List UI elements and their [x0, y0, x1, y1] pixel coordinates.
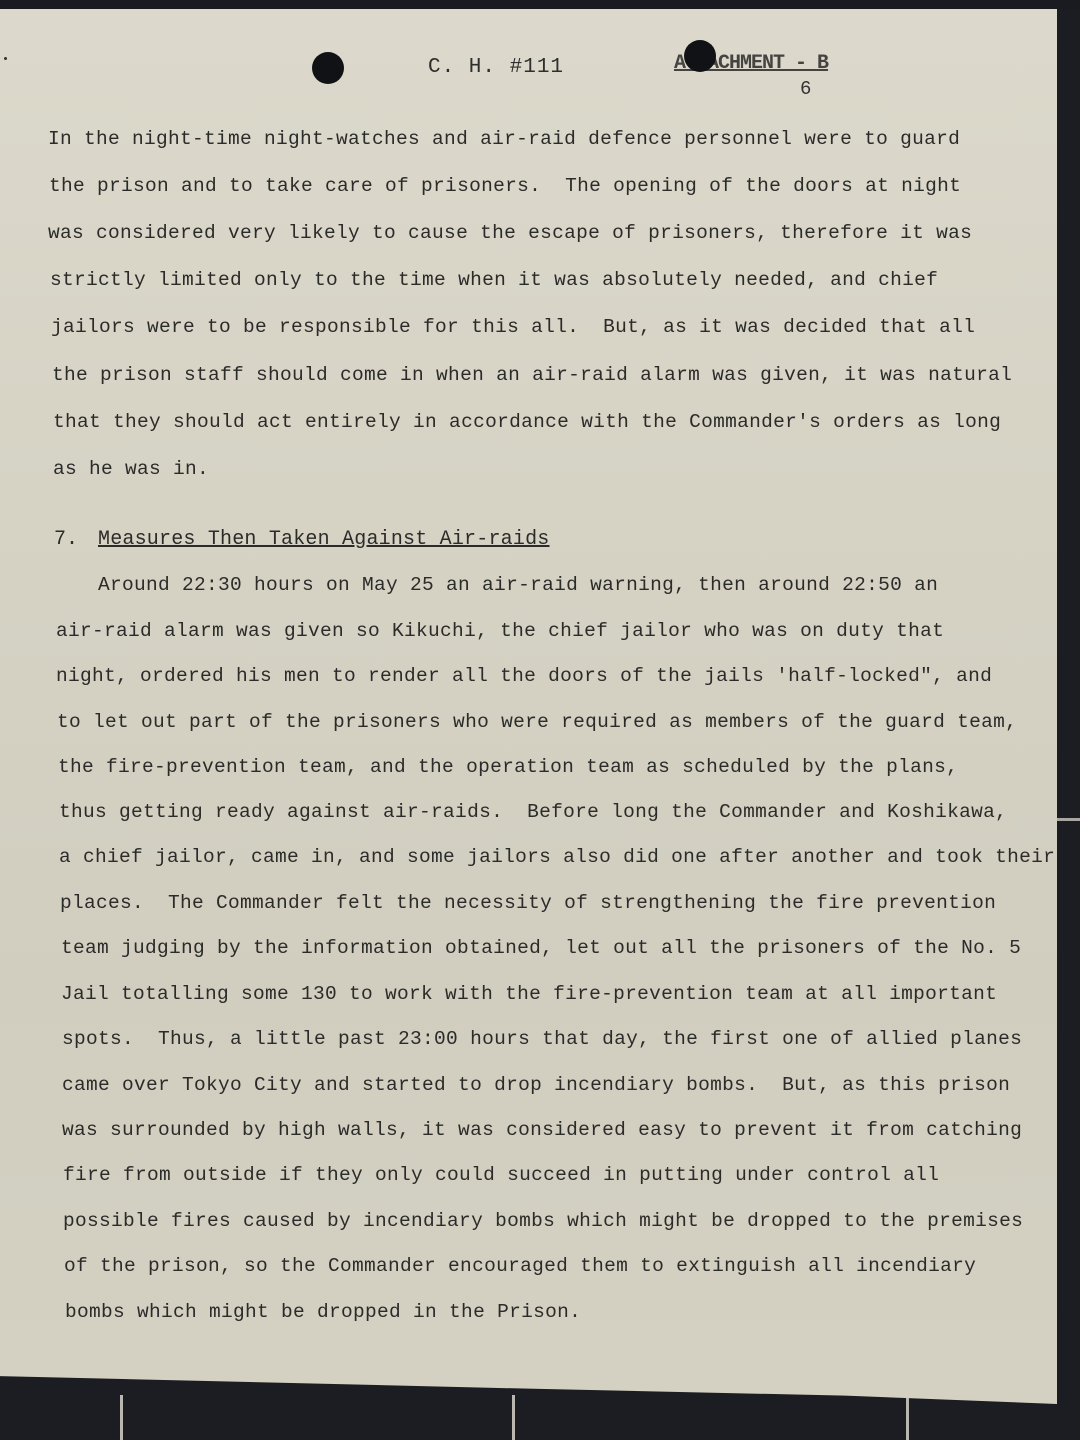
section-number: 7. — [54, 528, 78, 551]
text-line: fire from outside if they only could suc… — [63, 1164, 939, 1186]
background-grid-line — [906, 1395, 909, 1440]
text-line: team judging by the information obtained… — [61, 937, 1021, 959]
text-line: strictly limited only to the time when i… — [50, 269, 938, 291]
text-line: as he was in. — [53, 458, 209, 480]
text-line: was considered very likely to cause the … — [48, 222, 972, 244]
text-line: air-raid alarm was given so Kikuchi, the… — [56, 620, 944, 642]
text-line: jailors were to be responsible for this … — [51, 316, 975, 338]
text-line: the fire-prevention team, and the operat… — [58, 756, 958, 778]
background-surface-top — [0, 0, 1080, 10]
punch-hole-icon — [312, 52, 344, 84]
text-line: thus getting ready against air-raids. Be… — [59, 801, 1007, 823]
text-line: a chief jailor, came in, and some jailor… — [59, 846, 1055, 868]
document-page — [0, 9, 1057, 1404]
section-heading: Measures Then Taken Against Air-raids — [98, 528, 549, 551]
text-line: Jail totalling some 130 to work with the… — [61, 983, 997, 1005]
text-line: In the night-time night-watches and air-… — [48, 128, 960, 150]
text-line: night, ordered his men to render all the… — [56, 665, 992, 687]
text-line: places. The Commander felt the necessity… — [60, 892, 996, 914]
text-line: spots. Thus, a little past 23:00 hours t… — [62, 1028, 1022, 1050]
page-number: 6 — [800, 78, 811, 100]
text-line: to let out part of the prisoners who wer… — [57, 711, 1017, 733]
text-line: possible fires caused by incendiary bomb… — [63, 1210, 1023, 1232]
text-line: of the prison, so the Commander encourag… — [64, 1255, 976, 1277]
text-line: the prison staff should come in when an … — [52, 364, 1012, 386]
background-grid-line — [512, 1395, 515, 1440]
text-line: that they should act entirely in accorda… — [53, 411, 1001, 433]
text-line: the prison and to take care of prisoners… — [49, 175, 961, 197]
text-line: was surrounded by high walls, it was con… — [62, 1119, 1022, 1141]
text-line: came over Tokyo City and started to drop… — [62, 1074, 1010, 1096]
background-grid-line — [120, 1395, 123, 1440]
document-code: C. H. #111 — [428, 56, 564, 79]
text-line: Around 22:30 hours on May 25 an air-raid… — [98, 574, 938, 596]
punch-hole-icon — [684, 40, 716, 72]
text-line: bombs which might be dropped in the Pris… — [65, 1301, 581, 1323]
paper-speck — [4, 57, 7, 60]
